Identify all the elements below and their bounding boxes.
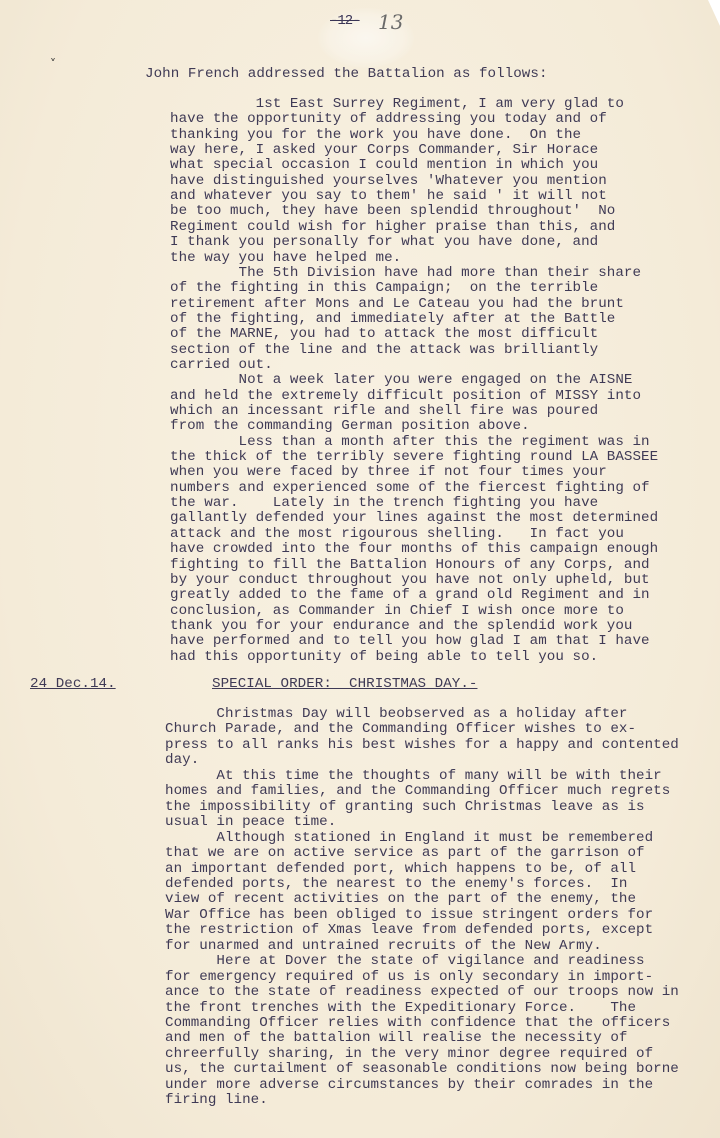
handwritten-page-number: 13: [378, 10, 403, 34]
text-line: thanking you for the work you have done.…: [170, 128, 581, 143]
text-line: At this time the thoughts of many will b…: [165, 769, 662, 784]
text-line: Regiment could wish for higher praise th…: [170, 220, 615, 235]
text-line: gallantly defended your lines against th…: [170, 511, 658, 526]
text-line: by your conduct throughout you have not …: [170, 573, 650, 588]
text-line: conclusion, as Commander in Chief I wish…: [170, 604, 624, 619]
text-line: the impossibility of granting such Chris…: [165, 800, 645, 815]
text-line: numbers and experienced some of the fier…: [170, 481, 650, 496]
text-line: press to all ranks his best wishes for a…: [165, 738, 679, 753]
text-line: have distinguished yourselves 'Whatever …: [170, 174, 607, 189]
text-line: The 5th Division have had more than thei…: [170, 266, 641, 281]
text-line: I thank you personally for what you have…: [170, 235, 598, 250]
text-line: greatly added to the fame of a grand old…: [170, 588, 650, 603]
document-page: -12- 13 ˅ John French addressed the Batt…: [0, 0, 720, 1138]
text-line: the thick of the terribly severe fightin…: [170, 450, 658, 465]
text-line: have the opportunity of addressing you t…: [170, 112, 607, 127]
page-corner: [708, 0, 720, 26]
text-line: for unarmed and untrained recruits of th…: [165, 939, 602, 954]
text-line: have performed and to tell you how glad …: [170, 634, 650, 649]
text-line: the way you have helped me.: [170, 251, 401, 266]
text-line: usual in peace time.: [165, 815, 336, 830]
text-line: which an incessant rifle and shell fire …: [170, 404, 598, 419]
text-line: the war. Lately in the trench fighting y…: [170, 496, 598, 511]
address-intro: John French addressed the Battalion as f…: [145, 67, 548, 82]
text-line: section of the line and the attack was b…: [170, 343, 598, 358]
text-line: be too much, they have been splendid thr…: [170, 204, 615, 219]
order-title: SPECIAL ORDER: CHRISTMAS DAY.-: [212, 677, 477, 692]
text-line: retirement after Mons and Le Cateau you …: [170, 297, 624, 312]
text-line: War Office has been obliged to issue str…: [165, 908, 653, 923]
text-line: fighting to fill the Battalion Honours o…: [170, 558, 650, 573]
text-line: from the commanding German position abov…: [170, 419, 530, 434]
text-line: that we are on active service as part of…: [165, 846, 645, 861]
text-line: firing line.: [165, 1093, 268, 1108]
text-line: 1st East Surrey Regiment, I am very glad…: [170, 97, 624, 112]
text-line: Less than a month after this the regimen…: [170, 435, 650, 450]
text-line: Commanding Officer relies with confidenc…: [165, 1016, 670, 1031]
text-line: and whatever you say to them' he said ' …: [170, 189, 607, 204]
text-line: defended ports, the nearest to the enemy…: [165, 877, 627, 892]
text-line: an important defended port, which happen…: [165, 862, 636, 877]
text-line: for emergency required of us is only sec…: [165, 970, 653, 985]
text-line: way here, I asked your Corps Commander, …: [170, 143, 598, 158]
text-line: what special occasion I could mention in…: [170, 158, 598, 173]
text-line: carried out.: [170, 358, 273, 373]
text-line: us, the curtailment of seasonable condit…: [165, 1062, 679, 1077]
text-line: Here at Dover the state of vigilance and…: [165, 954, 645, 969]
text-line: Christmas Day will beobserved as a holid…: [165, 707, 627, 722]
text-line: Not a week later you were engaged on the…: [170, 373, 632, 388]
text-line: the front trenches with the Expeditionar…: [165, 1001, 636, 1016]
text-line: view of recent activities on the part of…: [165, 892, 636, 907]
text-line: Although stationed in England it must be…: [165, 831, 653, 846]
text-line: homes and families, and the Commanding O…: [165, 784, 670, 799]
text-line: under more adverse circumstances by thei…: [165, 1078, 653, 1093]
text-line: Church Parade, and the Commanding Office…: [165, 722, 636, 737]
text-line: of the MARNE, you had to attack the most…: [170, 327, 598, 342]
text-line: of the fighting in this Campaign; on the…: [170, 281, 598, 296]
order-date: 24 Dec.14.: [30, 677, 116, 692]
text-line: chreerfully sharing, in the very minor d…: [165, 1047, 653, 1062]
text-line: the restriction of Xmas leave from defen…: [165, 923, 653, 938]
text-line: thank you for your endurance and the spl…: [170, 619, 632, 634]
text-line: of the fighting, and immediately after a…: [170, 312, 615, 327]
text-line: had this opportunity of being able to te…: [170, 650, 598, 665]
text-line: and held the extremely difficult positio…: [170, 389, 641, 404]
text-line: day.: [165, 753, 199, 768]
typed-page-number: -12-: [330, 13, 360, 29]
text-line: have crowded into the four months of thi…: [170, 542, 658, 557]
text-line: ance to the state of readiness expected …: [165, 985, 679, 1000]
margin-mark-icon: ˅: [50, 57, 56, 71]
text-line: attack and the most rigourous shelling. …: [170, 527, 624, 542]
text-line: and men of the battalion will realise th…: [165, 1031, 627, 1046]
text-line: when you were faced by three if not four…: [170, 465, 607, 480]
